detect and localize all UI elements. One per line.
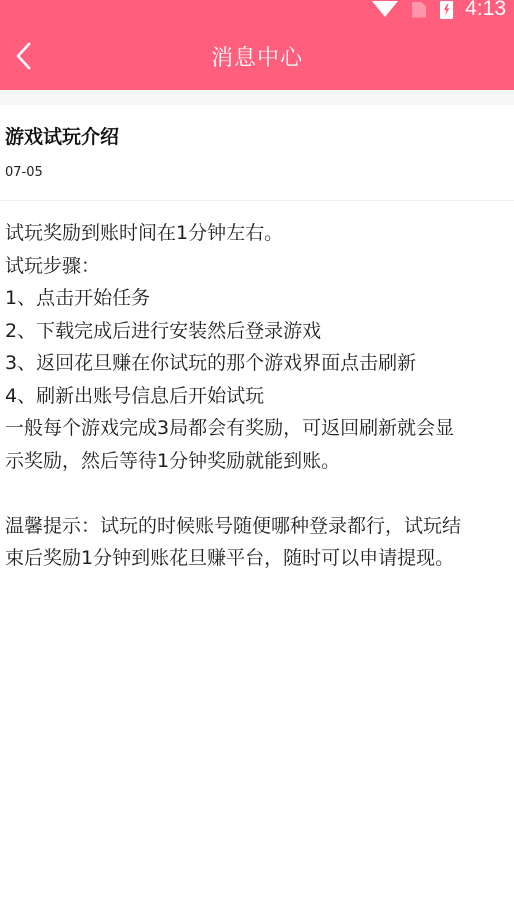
- no-sim-icon: [412, 2, 426, 18]
- body-line: 1、点击开始任务: [5, 282, 510, 315]
- body-line: 试玩步骤：: [5, 250, 510, 283]
- body-line: 3、返回花旦赚在你试玩的那个游戏界面点击刷新: [5, 347, 510, 380]
- body-line: 4、刷新出账号信息后开始试玩: [5, 380, 510, 413]
- back-button[interactable]: [6, 34, 42, 78]
- status-bar: 4:13: [0, 0, 514, 22]
- body-line: 试玩奖励到账时间在1分钟左右。: [5, 217, 510, 250]
- section-divider: [0, 90, 514, 105]
- body-line: 温馨提示：试玩的时候账号随便哪种登录都行，试玩结: [5, 510, 510, 543]
- body-line: 2、下载完成后进行安装然后登录游戏: [5, 315, 510, 348]
- battery-charging-icon: [440, 1, 453, 19]
- message-header: 游戏试玩介绍 07-05: [0, 105, 514, 201]
- page-title: 消息中心: [211, 41, 303, 72]
- body-line: 一般每个游戏完成3局都会有奖励，可返回刷新就会显: [5, 412, 510, 445]
- body-line: 示奖励，然后等待1分钟奖励就能到账。: [5, 445, 510, 478]
- app-header: 4:13 消息中心: [0, 0, 514, 90]
- message-date: 07-05: [5, 165, 43, 180]
- wifi-icon: [372, 1, 398, 17]
- status-time: 4:13: [465, 0, 506, 20]
- chevron-left-icon: [14, 41, 34, 71]
- body-blank-line: [5, 477, 510, 510]
- message-body: 试玩奖励到账时间在1分钟左右。 试玩步骤： 1、点击开始任务 2、下载完成后进行…: [5, 217, 510, 575]
- nav-bar: 消息中心: [0, 22, 514, 90]
- message-title: 游戏试玩介绍: [5, 122, 119, 149]
- body-line: 束后奖励1分钟到账花旦赚平台，随时可以申请提现。: [5, 542, 510, 575]
